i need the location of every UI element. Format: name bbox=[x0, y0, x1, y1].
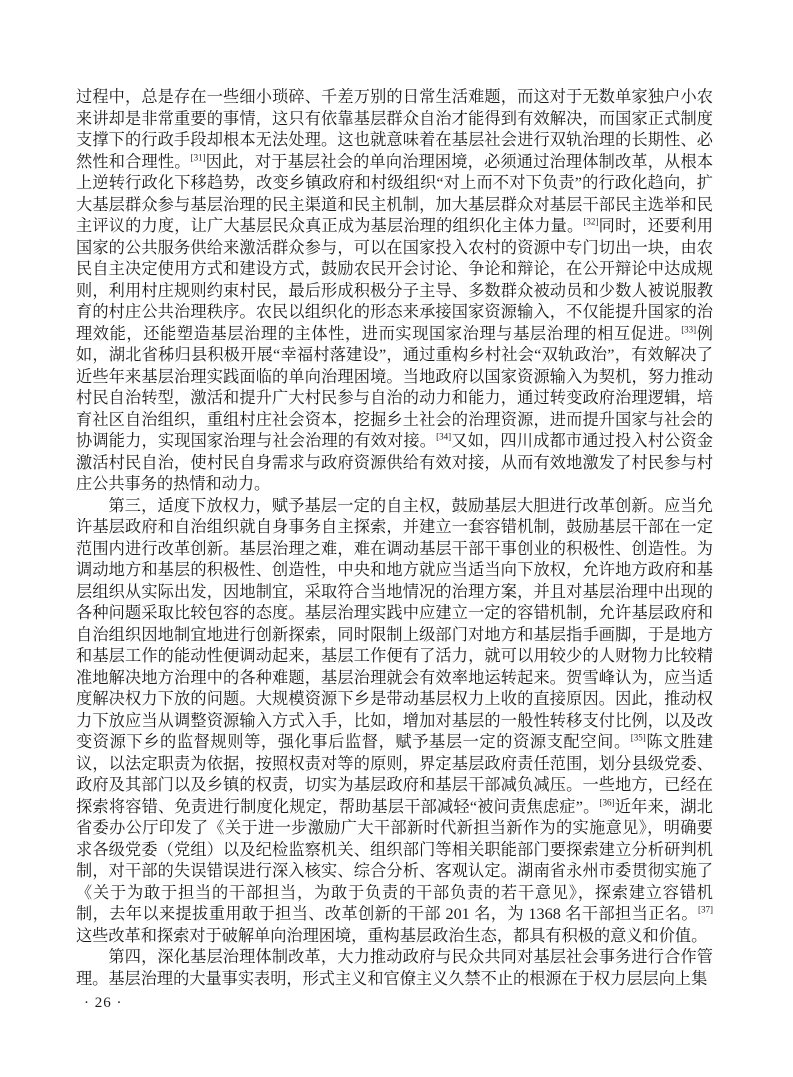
citation-marker: [37] bbox=[698, 905, 713, 915]
citation-marker: [32] bbox=[583, 217, 598, 227]
paragraph-continuation: 过程中，总是存在一些细小琐碎、千差万别的日常生活难题，而这对于无数单家独户小农来… bbox=[76, 87, 713, 496]
body-text: 过程中，总是存在一些细小琐碎、千差万别的日常生活难题，而这对于无数单家独户小农来… bbox=[76, 87, 713, 990]
citation-marker: [33] bbox=[681, 324, 696, 334]
citation-marker: [31] bbox=[191, 152, 206, 162]
citation-marker: [34] bbox=[436, 432, 451, 442]
paragraph-text-segment: 同时，还要利用国家的公共服务供给来激活群众参与，可以在国家投入农村的资源中专门切… bbox=[76, 217, 713, 343]
paragraph-point-four: 第四，深化基层治理体制改革，大力推动政府与民众共同对基层社会事务进行合作管理。基… bbox=[76, 947, 713, 990]
citation-marker: [35] bbox=[631, 733, 646, 743]
paragraph-text-segment: 第三，适度下放权力，赋予基层一定的自主权，鼓励基层大胆进行改革创新。应当允许基层… bbox=[76, 497, 713, 752]
paragraph-text-segment: 这些改革和探索对于破解单向治理困境，重构基层政治生态，都具有积极的意义和价值。 bbox=[76, 927, 707, 945]
citation-marker: [36] bbox=[600, 797, 615, 807]
paragraph-point-three: 第三，适度下放权力，赋予基层一定的自主权，鼓励基层大胆进行改革创新。应当允许基层… bbox=[76, 496, 713, 948]
document-page: 过程中，总是存在一些细小琐碎、千差万别的日常生活难题，而这对于无数单家独户小农来… bbox=[0, 0, 793, 1077]
paragraph-text-segment: 近年来，湖北省委办公厅印发了《关于进一步激励广大干部新时代新担当新作为的实施意见… bbox=[76, 798, 713, 924]
page-number: · 26 · bbox=[84, 995, 123, 1012]
paragraph-text-segment: 第四，深化基层治理体制改革，大力推动政府与民众共同对基层社会事务进行合作管理。基… bbox=[76, 948, 713, 988]
